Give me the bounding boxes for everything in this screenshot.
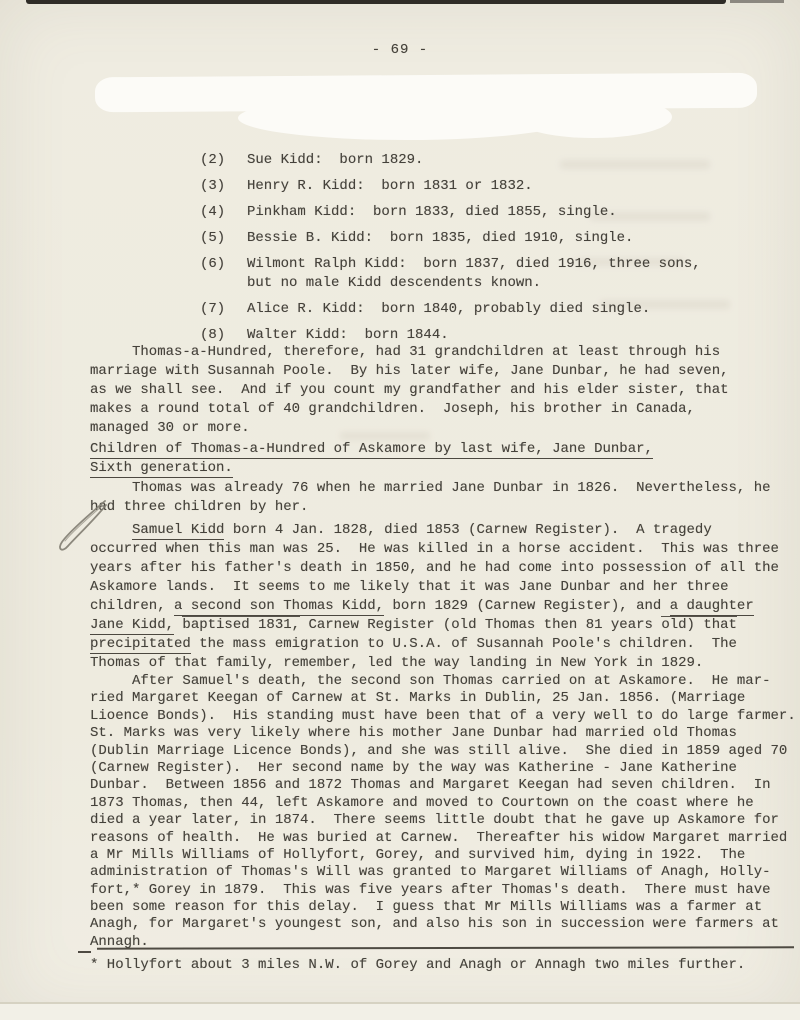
- text-line: Sixth generation.: [90, 459, 653, 478]
- item-number: (7): [200, 300, 225, 319]
- footnote-rule-dash: [78, 951, 91, 953]
- text-line: years after his father's death in 1850, …: [90, 559, 779, 578]
- list-item: (5)Bessie B. Kidd: born 1835, died 1910,…: [200, 229, 701, 248]
- text-line: 1873 Thomas, then 44, left Askamore and …: [90, 795, 796, 812]
- item-number: (2): [200, 151, 225, 170]
- text-line: Anagh, for Margaret's youngest son, and …: [90, 916, 796, 933]
- item-number: (6): [200, 255, 225, 274]
- text-line: Bessie B. Kidd: born 1835, died 1910, si…: [247, 229, 701, 248]
- text-line: been some reason for this delay. I guess…: [90, 899, 796, 916]
- scanned-page: - 69 - (2)Sue Kidd: born 1829.(3)Henry R…: [0, 0, 800, 1020]
- text-line: After Samuel's death, the second son Tho…: [90, 673, 796, 690]
- text-line: Children of Thomas-a-Hundred of Askamore…: [90, 440, 653, 459]
- text-line: Thomas was already 76 when he married Ja…: [90, 479, 771, 498]
- text-line: Alice R. Kidd: born 1840, probably died …: [247, 300, 701, 319]
- scan-edge-top: [26, 0, 726, 4]
- text-line: Samuel Kidd born 4 Jan. 1828, died 1853 …: [90, 521, 779, 540]
- footnote: * Hollyfort about 3 miles N.W. of Gorey …: [90, 957, 745, 973]
- list-item: (6)Wilmont Ralph Kidd: born 1837, died 1…: [200, 255, 701, 293]
- text-line: Pinkham Kidd: born 1833, died 1855, sing…: [247, 203, 701, 222]
- text-line: fort,* Gorey in 1879. This was five year…: [90, 882, 796, 899]
- text-line: but no male Kidd descendents known.: [247, 274, 701, 293]
- text-line: Sue Kidd: born 1829.: [247, 151, 701, 170]
- scan-edge-top-right: [730, 0, 784, 3]
- text-line: Lioence Bonds). His standing must have b…: [90, 708, 796, 725]
- text-line: children, a second son Thomas Kidd, born…: [90, 597, 779, 616]
- text-line: Dunbar. Between 1856 and 1872 Thomas and…: [90, 777, 796, 794]
- text-line: Thomas-a-Hundred, therefore, had 31 gran…: [90, 343, 729, 362]
- text-line: St. Marks was very likely where his moth…: [90, 725, 796, 742]
- children-list: (2)Sue Kidd: born 1829.(3)Henry R. Kidd:…: [200, 151, 701, 352]
- text-line: reasons of health. He was buried at Carn…: [90, 830, 796, 847]
- text-line: managed 30 or more.: [90, 419, 729, 438]
- whiteout-correction: [514, 96, 672, 138]
- item-number: (5): [200, 229, 225, 248]
- text-line: Wilmont Ralph Kidd: born 1837, died 1916…: [247, 255, 701, 274]
- item-number: (4): [200, 203, 225, 222]
- list-item: (4)Pinkham Kidd: born 1833, died 1855, s…: [200, 203, 701, 222]
- text-line: marriage with Susannah Poole. By his lat…: [90, 362, 729, 381]
- text-line: ried Margaret Keegan of Carnew at St. Ma…: [90, 690, 796, 707]
- list-item: (7)Alice R. Kidd: born 1840, probably di…: [200, 300, 701, 319]
- text-line: (Dublin Marriage Licence Bonds), and she…: [90, 743, 796, 760]
- text-line: occurred when this man was 25. He was ki…: [90, 540, 779, 559]
- text-line: Thomas of that family, remember, led the…: [90, 654, 779, 673]
- text-line: a Mr Mills Williams of Hollyfort, Gorey,…: [90, 847, 796, 864]
- page-number: - 69 -: [0, 42, 800, 58]
- section-heading: Children of Thomas-a-Hundred of Askamore…: [90, 440, 653, 478]
- paragraph-samuel-kidd: Samuel Kidd born 4 Jan. 1828, died 1853 …: [90, 521, 779, 673]
- text-line: as we shall see. And if you count my gra…: [90, 381, 729, 400]
- pen-mark: [52, 494, 112, 556]
- text-line: makes a round total of 40 grandchildren.…: [90, 400, 729, 419]
- paragraph-jane-dunbar-intro: Thomas was already 76 when he married Ja…: [90, 479, 771, 517]
- text-line: died a year later, in 1874. There seems …: [90, 812, 796, 829]
- text-line: administration of Thomas's Will was gran…: [90, 864, 796, 881]
- text-line: Jane Kidd, baptised 1831, Carnew Registe…: [90, 616, 779, 635]
- text-line: precipitated the mass emigration to U.S.…: [90, 635, 779, 654]
- text-line: Henry R. Kidd: born 1831 or 1832.: [247, 177, 701, 196]
- paragraph-grandchildren-summary: Thomas-a-Hundred, therefore, had 31 gran…: [90, 343, 729, 438]
- item-number: (3): [200, 177, 225, 196]
- list-item: (3)Henry R. Kidd: born 1831 or 1832.: [200, 177, 701, 196]
- scan-margin-bottom: [0, 1004, 800, 1020]
- list-item: (2)Sue Kidd: born 1829.: [200, 151, 701, 170]
- text-line: Askamore lands. It seems to me likely th…: [90, 578, 779, 597]
- text-line: had three children by her.: [90, 498, 771, 517]
- paragraph-thomas-second-son: After Samuel's death, the second son Tho…: [90, 673, 796, 951]
- text-line: (Carnew Register). Her second name by th…: [90, 760, 796, 777]
